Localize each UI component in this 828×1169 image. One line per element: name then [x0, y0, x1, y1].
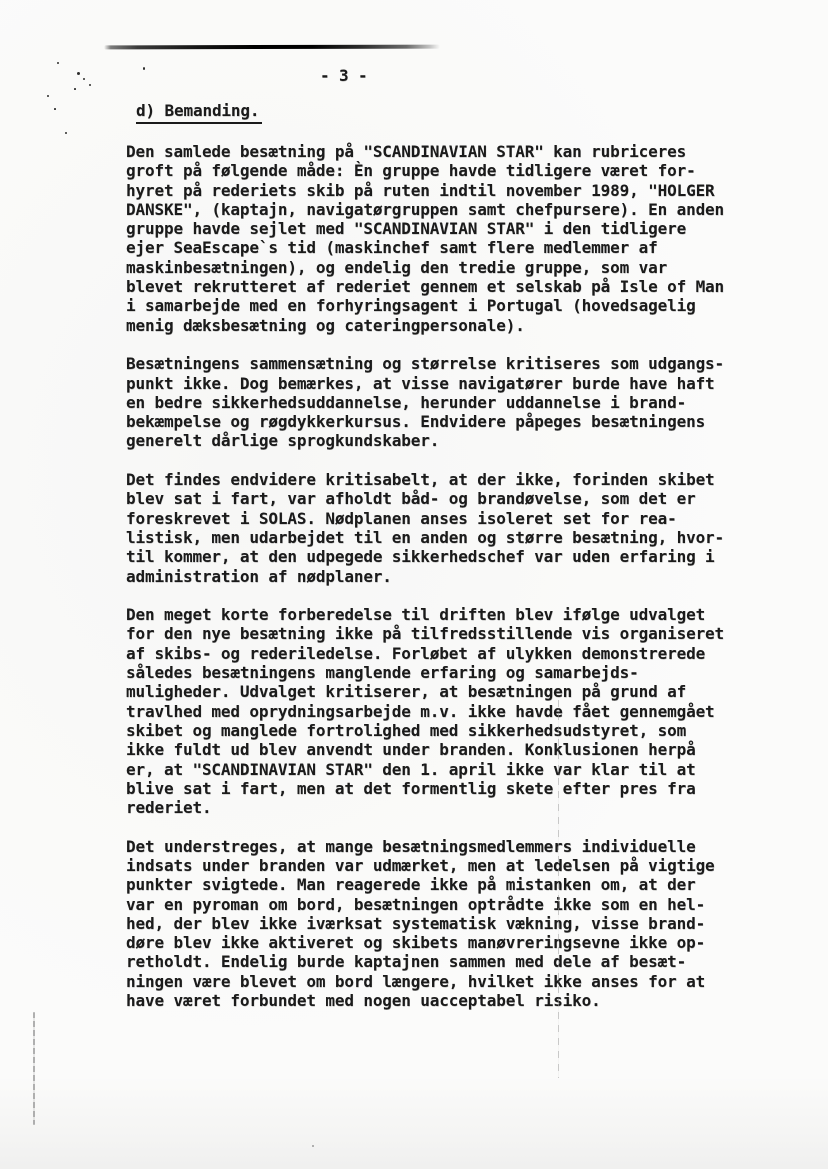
- scan-speckle: [143, 67, 145, 70]
- scan-speckle: [74, 88, 76, 90]
- paragraph: Det understreges, at mange besætningsmed…: [126, 837, 766, 1011]
- scan-speckle: [83, 78, 85, 80]
- scan-speckle: [57, 62, 59, 64]
- section-heading: d) Bemanding.: [136, 101, 262, 124]
- document-page: - 3 - d) Bemanding. Den samlede besætnin…: [0, 0, 828, 1169]
- scan-streak-left: [33, 1012, 35, 1125]
- document-body: Den samlede besætning på "SCANDINAVIAN S…: [126, 142, 766, 1030]
- paragraph: Den meget korte forberedelse til driften…: [126, 605, 766, 817]
- scan-speckle: [312, 1145, 314, 1147]
- scan-speckle: [47, 95, 49, 97]
- paragraph: Besætningens sammensætning og størrelse …: [126, 354, 766, 450]
- scan-speckle: [54, 108, 56, 110]
- paragraph: Det findes endvidere kritisabelt, at der…: [126, 470, 766, 586]
- scan-speckle: [77, 72, 80, 75]
- paragraph: Den samlede besætning på "SCANDINAVIAN S…: [126, 142, 766, 335]
- top-rule-line: [104, 45, 440, 50]
- scan-speckle: [89, 84, 91, 86]
- page-number: - 3 -: [320, 66, 367, 85]
- scan-fold-line: [558, 700, 559, 1078]
- scan-speckle: [65, 132, 67, 134]
